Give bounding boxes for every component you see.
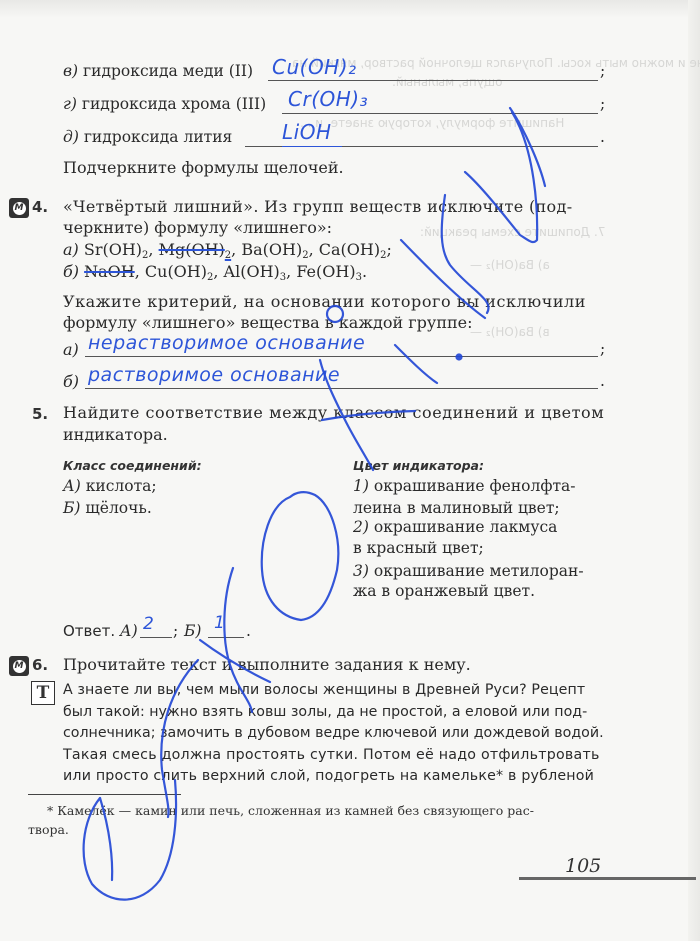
bleed-through-text: 7. Допишите схемы реакций: (420, 225, 605, 239)
compound-class-item: Б) щёлочь. (63, 499, 152, 517)
task4-criterion-line2: формулу «лишнего» вещества в каждой груп… (63, 313, 473, 332)
handwritten-answer[interactable]: растворимое основание (88, 364, 340, 386)
handwritten-underline (282, 146, 342, 147)
task-number: 6. (32, 656, 48, 674)
handwritten-answer[interactable]: Cu(OH)₂ (272, 55, 357, 79)
text-icon: T (31, 681, 55, 705)
task4-criterion-line1: Укажите критерий, на основании которого … (63, 292, 586, 311)
answer-line (282, 113, 598, 114)
struck-formula[interactable]: Mg(OH)2 (159, 240, 232, 259)
answer-line (85, 388, 598, 389)
task4-title-line1: «Четвёртый лишний». Из групп веществ иск… (63, 197, 573, 216)
task4-group-b: б) NaOH, Cu(OH)2, Al(OH)3, Fe(OH)3. (63, 262, 367, 283)
bleed-through-text: а) Ba(OH)₂ — (470, 258, 550, 272)
column-title-indicator-color: Цвет индикатора: (353, 458, 484, 473)
footnote-line2: твора. (28, 820, 69, 839)
footnote-separator (28, 794, 181, 795)
task3-instruction: Подчеркните формулы щелочей. (63, 158, 344, 177)
punctuation: ; (600, 95, 605, 113)
answer-line (85, 356, 598, 357)
handwritten-answer[interactable]: 2 (143, 614, 154, 634)
punctuation: ; (600, 62, 605, 80)
task6-paragraph: А знаете ли вы, чем мыли волосы женщины … (63, 680, 608, 788)
handwritten-answer[interactable]: нерастворимое основание (88, 332, 365, 354)
punctuation: ; (173, 622, 178, 640)
task3-item-g: г) гидроксида хрома (III) (63, 95, 266, 113)
page-edge (688, 0, 700, 941)
handwritten-answer[interactable]: LiOH (282, 120, 331, 144)
handwritten-answer[interactable]: Cr(OH)₃ (288, 87, 368, 111)
handwritten-answer[interactable]: 1 (214, 613, 225, 633)
page-number-rule (519, 877, 696, 880)
bleed-through-text: ощупь, мыльный. (392, 75, 503, 89)
column-title-compound-class: Класс соединений: (63, 458, 202, 473)
answer-letter: Б) (184, 622, 201, 640)
page-number: 105 (565, 855, 601, 877)
bleed-through-text: Напишите формулу, которую знаете, и ... (300, 116, 564, 130)
task6-title: Прочитайте текст и выполните задания к н… (63, 655, 471, 674)
answer-letter: б) (63, 372, 79, 391)
punctuation: . (600, 128, 605, 146)
task-number: 4. (32, 198, 48, 216)
method-icon: M (9, 656, 29, 676)
task3-item-v: в) гидроксида меди (II) (63, 62, 253, 80)
task3-item-d: д) гидроксида лития (63, 128, 232, 146)
answer-letter: а) (63, 340, 79, 359)
struck-formula[interactable]: NaOH (84, 262, 135, 281)
punctuation: ; (600, 340, 605, 358)
task5-title-line2: индикатора. (63, 425, 168, 444)
indicator-line: жа в оранжевый цвет. (353, 582, 535, 600)
indicator-line: в красный цвет; (353, 539, 484, 557)
indicator-line: леина в малиновый цвет; (353, 499, 560, 517)
task4-group-a: а) Sr(OH)2, Mg(OH)2, Ba(OH)2, Ca(OH)2; (63, 240, 392, 261)
answer-line (140, 637, 172, 638)
task-number: 5. (32, 405, 48, 423)
task5-title-line1: Найдите соответствие между классом соеди… (63, 403, 604, 422)
footnote-line1: * Камелёк — камин или печь, сложенная из… (47, 801, 534, 820)
scan-top-shadow (0, 0, 700, 18)
indicator-line: 2) окрашивание лакмуса (353, 518, 557, 536)
answer-line (208, 637, 244, 638)
punctuation: . (600, 372, 605, 390)
task4-title-line2: черкните) формулу «лишнего»: (63, 218, 332, 237)
punctuation: . (246, 622, 251, 640)
answer-line (268, 80, 598, 81)
bleed-through-text: в) Ba(OH)₂ — (470, 325, 550, 339)
indicator-line: 3) окрашивание метилоран- (353, 562, 584, 580)
method-icon: M (9, 198, 29, 218)
compound-class-item: А) кислота; (63, 477, 157, 495)
indicator-line: 1) окрашивание фенолфта- (353, 477, 576, 495)
task5-answer-row: Ответ. А) (63, 622, 138, 640)
